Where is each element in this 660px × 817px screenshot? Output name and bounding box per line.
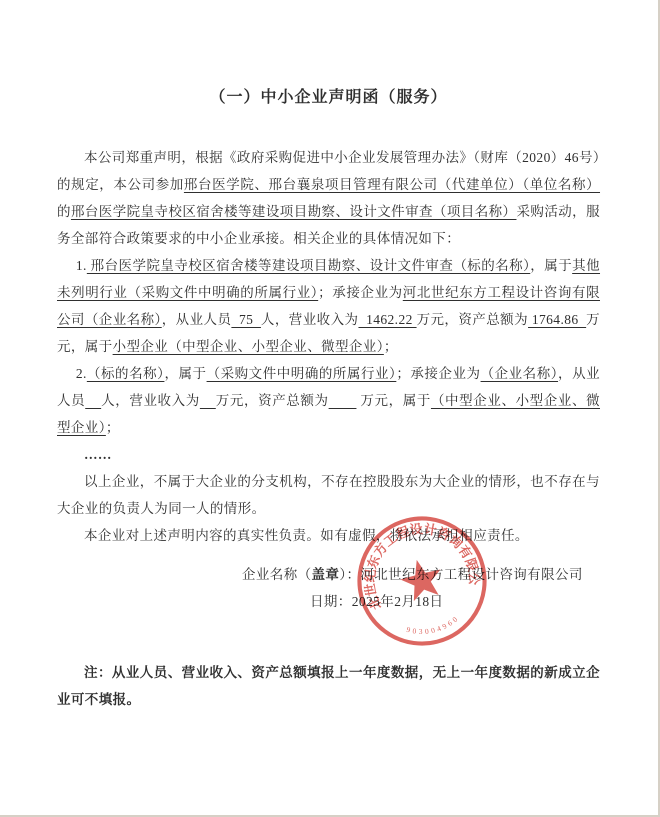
text-segment: ，属于 [164,366,206,381]
signature-block: 企业名称（盖章）：河北世纪东方工程设计咨询有限公司 日期：2025年2月18日 [57,561,600,615]
filled-blank [200,393,216,408]
footnote-label: 注： [84,665,112,680]
filled-blank: （企业名称） [481,366,558,381]
document-page: （一）中小企业声明函（服务） 本公司郑重声明，根据《政府采购促进中小企业发展管理… [0,0,660,817]
text-segment: 万元，属于 [356,393,431,408]
paragraph: …… [57,441,600,468]
filled-blank: 1764.86 [528,312,586,327]
text-segment: 以上企业，不属于大企业的分支机构，不存在控股股东为大企业的情形，也不存在与大企业… [57,474,600,516]
text-segment: ； [106,420,120,435]
text-segment: 万元，资产总额为 [216,393,329,408]
signature-company-name: 河北世纪东方工程设计咨询有限公司 [360,567,582,582]
paragraph: 2.（标的名称），属于（采购文件中明确的所属行业）；承接企业为（企业名称），从业… [57,360,600,441]
filled-blank: 邢台医学院皇寺校区宿舍楼等建设项目勘察、设计文件审查（项目名称） [71,204,517,219]
filled-blank: 75 [231,312,261,327]
company-seal-label-close: ）： [339,567,360,582]
filled-blank: （标的名称） [87,366,165,381]
date-label: 日期： [310,594,352,609]
paragraph: 本公司郑重声明，根据《政府采购促进中小企业发展管理办法》（财库（2020）46号… [57,144,600,252]
date-value: 2025年2月18日 [352,594,444,609]
seal-word: 盖章 [312,567,340,582]
signature-date-line: 日期：2025年2月18日 [310,588,600,615]
filled-blank [85,393,101,408]
text-segment: 2. [76,366,87,381]
filled-blank [329,393,357,408]
signature-company-line: 企业名称（盖章）：河北世纪东方工程设计咨询有限公司 [242,561,600,588]
text-segment: 1. [76,258,87,273]
text-segment: ，从业人员 [162,312,232,327]
page-title: （一）中小企业声明函（服务） [57,86,600,110]
paragraph: 本企业对上述声明内容的真实性负责。如有虚假，将依法承担相应责任。 [57,522,600,549]
text-segment: ；承接企业为 [396,366,480,381]
paragraph: 1. 邢台医学院皇寺校区宿舍楼等建设项目勘察、设计文件审查（标的名称），属于其他… [57,252,600,360]
footnote: 注：从业人员、营业收入、资产总额填报上一年度数据，无上一年度数据的新成立企业可不… [57,659,600,713]
filled-blank: 1462.22 [358,312,416,327]
company-seal-label: 企业名称（ [242,567,312,582]
filled-blank: 邢台医学院皇寺校区宿舍楼等建设项目勘察、设计文件审查（标的名称） [87,258,530,273]
text-segment: ，属于 [530,258,572,273]
document-body: 本公司郑重声明，根据《政府采购促进中小企业发展管理办法》（财库（2020）46号… [57,144,600,549]
filled-blank: （采购文件中明确的所属行业） [207,366,397,381]
footnote-text: 从业人员、营业收入、资产总额填报上一年度数据，无上一年度数据的新成立企业可不填报… [57,665,600,707]
text-segment: 的 [57,204,71,219]
document-content: （一）中小企业声明函（服务） 本公司郑重声明，根据《政府采购促进中小企业发展管理… [0,0,658,713]
text-segment: …… [84,447,112,462]
text-segment: ； [384,339,398,354]
text-segment: 人，营业收入为 [101,393,200,408]
text-segment: 万元，资产总额为 [417,312,528,327]
text-segment: ；承接企业为 [318,285,403,300]
text-segment: 本企业对上述声明内容的真实性负责。如有虚假，将依法承担相应责任。 [84,528,529,543]
paragraph: 以上企业，不属于大企业的分支机构，不存在控股股东为大企业的情形，也不存在与大企业… [57,468,600,522]
text-segment: 人，营业收入为 [261,312,359,327]
filled-blank: 小型企业（中型企业、小型企业、微型企业） [113,339,384,354]
filled-blank: 邢台医学院、邢台襄泉项目管理有限公司（代建单位）（单位名称） [184,177,600,192]
